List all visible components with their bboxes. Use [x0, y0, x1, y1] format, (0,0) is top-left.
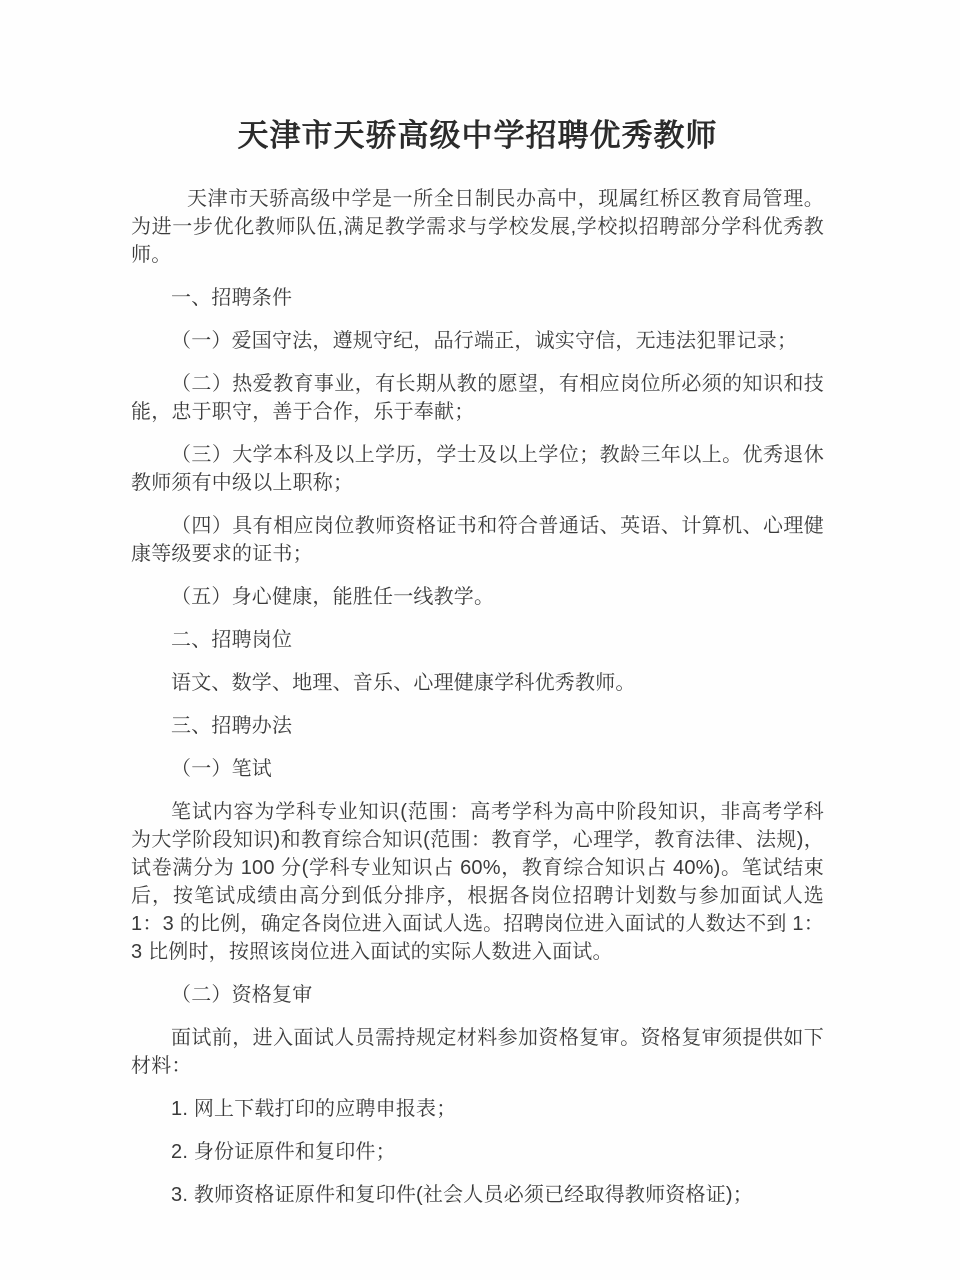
material-item-3: 3. 教师资格证原件和复印件(社会人员必须已经取得教师资格证)； — [131, 1181, 824, 1209]
condition-item-1: （一）爱国守法，遵规守纪，品行端正，诚实守信，无违法犯罪记录； — [131, 327, 824, 355]
positions-line: 语文、数学、地理、音乐、心理健康学科优秀教师。 — [131, 669, 824, 697]
document-title: 天津市天骄高级中学招聘优秀教师 — [131, 114, 824, 158]
section-heading-3: 三、招聘办法 — [131, 712, 824, 740]
condition-item-4: （四）具有相应岗位教师资格证书和符合普通话、英语、计算机、心理健康等级要求的证书… — [131, 512, 824, 568]
document-page: 天津市天骄高级中学招聘优秀教师 天津市天骄高级中学是一所全日制民办高中，现属红桥… — [0, 0, 960, 1280]
intro-paragraph: 天津市天骄高级中学是一所全日制民办高中，现属红桥区教育局管理。为进一步优化教师队… — [131, 185, 824, 269]
written-test-subheading: （一）笔试 — [131, 755, 824, 783]
condition-item-2: （二）热爱教育事业，有长期从教的愿望，有相应岗位所必须的知识和技能，忠于职守，善… — [131, 370, 824, 426]
material-item-1: 1. 网上下载打印的应聘申报表； — [131, 1095, 824, 1123]
written-test-paragraph: 笔试内容为学科专业知识(范围：高考学科为高中阶段知识，非高考学科为大学阶段知识)… — [131, 798, 824, 966]
material-item-2: 2. 身份证原件和复印件； — [131, 1138, 824, 1166]
condition-item-3: （三）大学本科及以上学历，学士及以上学位；教龄三年以上。优秀退休教师须有中级以上… — [131, 441, 824, 497]
qualification-paragraph: 面试前，进入面试人员需持规定材料参加资格复审。资格复审须提供如下材料： — [131, 1024, 824, 1080]
section-heading-1: 一、招聘条件 — [131, 284, 824, 312]
condition-item-5: （五）身心健康，能胜任一线教学。 — [131, 583, 824, 611]
section-heading-2: 二、招聘岗位 — [131, 626, 824, 654]
qualification-subheading: （二）资格复审 — [131, 981, 824, 1009]
